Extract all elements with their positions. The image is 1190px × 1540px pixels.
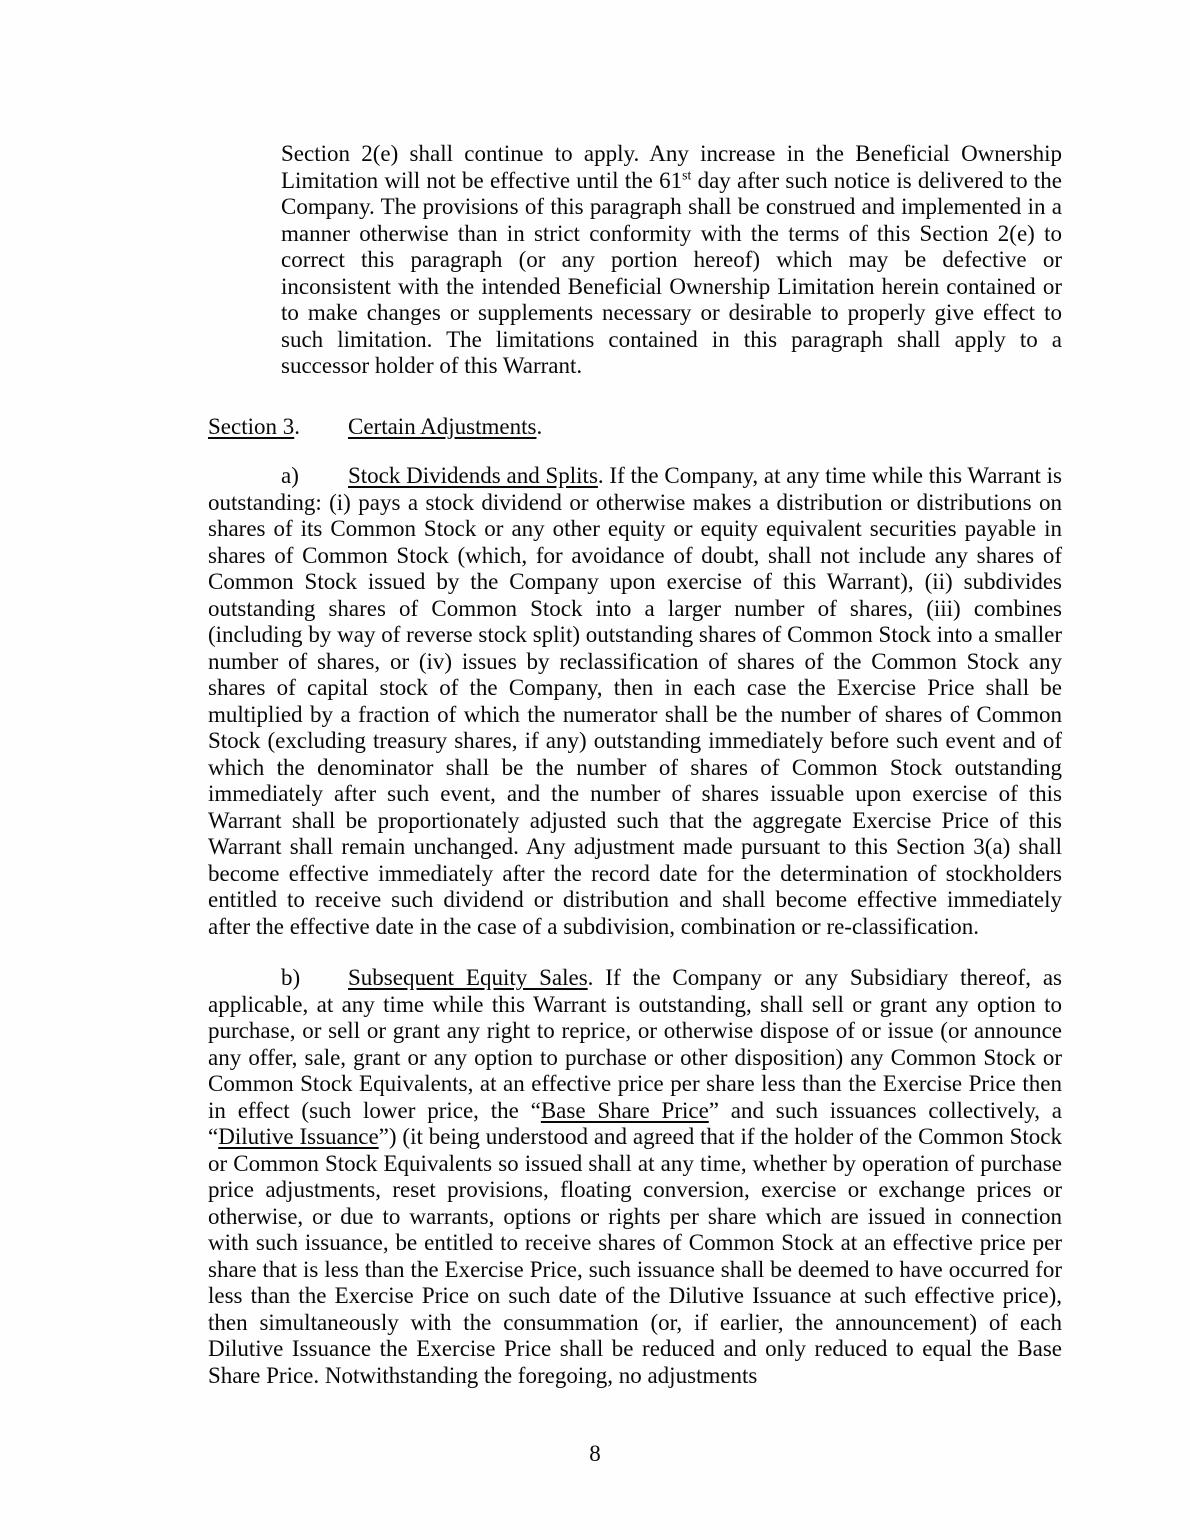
section-title-text: Certain Adjustments — [348, 414, 536, 439]
defined-term-dilutive-issuance: Dilutive Issuance — [218, 1124, 378, 1149]
text-run: day after such notice is delivered to th… — [281, 168, 1062, 379]
document-content: Section 2(e) shall continue to apply. An… — [208, 141, 1062, 1389]
paragraph-b-label: b) — [281, 965, 348, 992]
defined-term-base-share-price: Base Share Price — [541, 1098, 709, 1123]
document-page: Section 2(e) shall continue to apply. An… — [0, 0, 1190, 1540]
superscript-ordinal: st — [682, 167, 691, 182]
text-run: . If the Company, at any time while this… — [208, 463, 1062, 939]
section-number: Section 3. — [208, 414, 348, 441]
paragraph-b-heading: Subsequent Equity Sales — [348, 965, 588, 990]
section-title-period: . — [536, 414, 542, 439]
section-number-text: Section 3 — [208, 414, 294, 439]
paragraph-b: b)Subsequent Equity Sales. If the Compan… — [208, 965, 1062, 1389]
section-number-period: . — [294, 414, 300, 439]
page-number: 8 — [0, 1441, 1190, 1468]
paragraph-a-heading: Stock Dividends and Splits — [348, 463, 598, 488]
continuation-paragraph: Section 2(e) shall continue to apply. An… — [281, 141, 1062, 380]
section-title: Certain Adjustments. — [348, 414, 542, 439]
text-run: ”) (it being understood and agreed that … — [208, 1124, 1062, 1388]
paragraph-a-label: a) — [281, 463, 348, 490]
paragraph-a: a)Stock Dividends and Splits. If the Com… — [208, 463, 1062, 940]
section-3-heading: Section 3.Certain Adjustments. — [208, 414, 1062, 441]
